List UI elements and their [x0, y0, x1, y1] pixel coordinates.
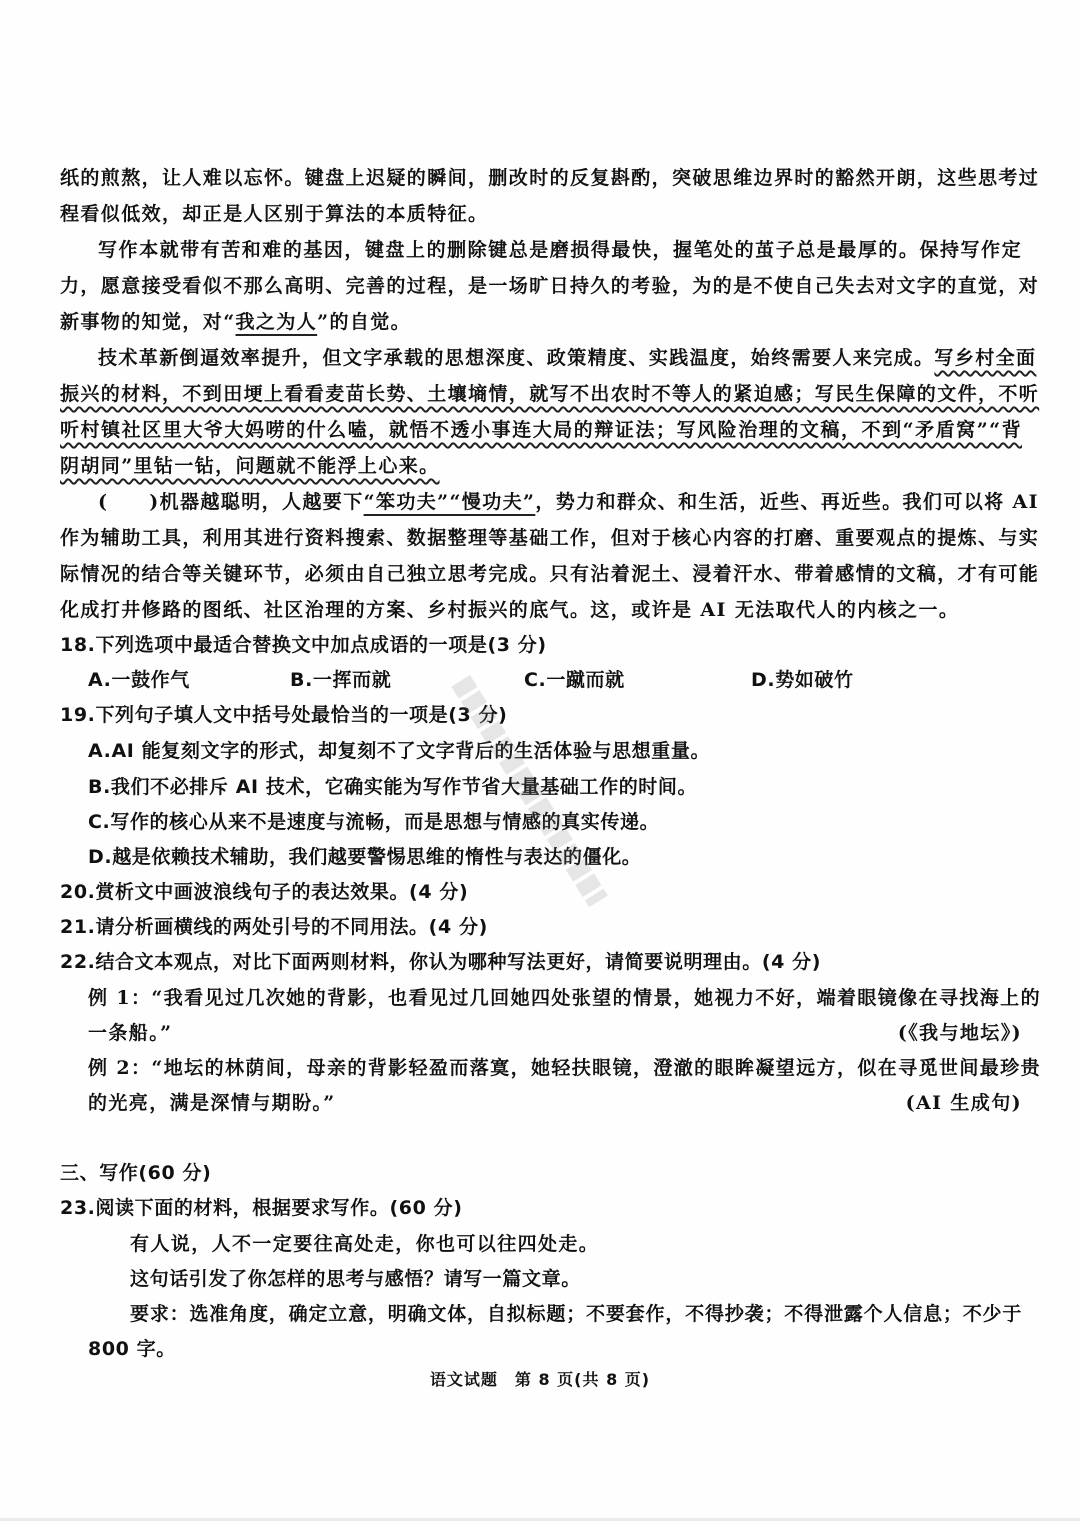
example-1-line1: 例 1：“我看见过几次她的背影，也看见过几回她四处张望的情景，她视力不好，端着眼…: [88, 980, 1022, 1016]
example-2-line1: 例 2：“地坛的林荫间，母亲的背影轻盈而落寞，她轻扶眼镜，澄澈的眼眸凝望远方，似…: [88, 1050, 1022, 1086]
wavy-underlined-sentence-start: 写乡村全面: [934, 347, 1036, 369]
wavy-underlined-sentence-end: 阴胡同”里钻一钻，问题就不能浮上心来。: [60, 455, 440, 477]
writing-requirement-line2: 800 字。: [88, 1331, 1022, 1367]
question-19-stem: 19.下列句子填人文中括号处最恰当的一项是(3 分): [60, 697, 1022, 733]
example-1-line2: 一条船。” (《我与地坛》): [88, 1015, 1022, 1051]
option-19-a: A.AI 能复刻文字的形式，却复刻不了文字背后的生活体验与思想重量。: [88, 733, 1022, 769]
fill-in-bracket: ( ): [98, 491, 160, 513]
example-1-text-end: 一条船。”: [88, 1022, 172, 1044]
wavy-underlined-sentence: 振兴的材料，不到田埂上看看麦苗长势、土壤墒情，就写不出农时不等人的紧迫感；写民生…: [60, 383, 1039, 405]
passage-para3-line3: 听村镇社区里大爷大妈唠的什么嗑，就悟不透小事连大局的辩证法；写风险治理的文稿，不…: [60, 412, 1022, 448]
example-2-source: (AI 生成句): [906, 1085, 1022, 1121]
passage-para3-line2: 振兴的材料，不到田埂上看看麦苗长势、土壤墒情，就写不出农时不等人的紧迫感；写民生…: [60, 376, 1022, 412]
passage-para2-line3: 新事物的知觉，对“我之为人”的自觉。: [60, 304, 1022, 340]
underlined-quotes-gongfu: “笨功夫”“慢功夫”: [364, 491, 536, 513]
example-2-line2: 的光亮，满是深情与期盼。” (AI 生成句): [88, 1085, 1022, 1121]
writing-material-line1: 有人说，人不一定要往高处走，你也可以往四处走。: [130, 1226, 1022, 1262]
passage-para3-line1: 技术革新倒逼效率提升，但文字承载的思想深度、政策精度、实践温度，始终需要人来完成…: [98, 340, 1022, 376]
option-18-d: D.势如破竹: [751, 662, 854, 698]
example-2-text-end: 的光亮，满是深情与期盼。”: [88, 1092, 336, 1114]
text-segment: 机器越聪明，人越要下: [160, 491, 364, 513]
passage-para4-line2: 作为辅助工具，利用其进行资料搜索、数据整理等基础工作，但对于核心内容的打磨、重要…: [60, 520, 1022, 556]
passage-para2-line2: 力，愿意接受看似不那么高明、完善的过程，是一场旷日持久的考验，为的是不使自己失去…: [60, 268, 1022, 304]
passage-para3-line4: 阴胡同”里钻一钻，问题就不能浮上心来。: [60, 448, 1022, 484]
section-writing-title: 三、写作(60 分): [60, 1155, 1022, 1191]
passage-para1-line2: 程看似低效，却正是人区别于算法的本质特征。: [60, 196, 1022, 232]
option-18-a: A.一鼓作气: [88, 662, 190, 698]
writing-requirement-line1: 要求：选准角度，确定立意，明确文体，自拟标题；不要套作，不得抄袭；不得泄露个人信…: [130, 1296, 1022, 1332]
writing-material-line2: 这句话引发了你怎样的思考与感悟？请写一篇文章。: [130, 1261, 1022, 1297]
question-20-stem: 20.赏析文中画波浪线句子的表达效果。(4 分): [60, 874, 1022, 910]
question-18-stem: 18.下列选项中最适合替换文中加点成语的一项是(3 分): [60, 627, 1022, 663]
passage-para4-line1: ( )机器越聪明，人越要下“笨功夫”“慢功夫”，势力和群众、和生活，近些、再近些…: [98, 484, 1022, 520]
underlined-quote-wozhiweiren: 我之为人: [236, 311, 318, 333]
bottom-divider: [0, 1518, 1080, 1521]
passage-para2-line1: 写作本就带有苦和难的基因，键盘上的删除键总是磨损得最快，握笔处的茧子总是最厚的。…: [98, 232, 1022, 268]
page-footer: 语文试题 第 8 页(共 8 页): [0, 1367, 1080, 1390]
example-1-source: (《我与地坛》): [898, 1015, 1022, 1051]
text-segment: 新事物的知觉，对“: [60, 311, 236, 333]
wavy-underlined-sentence: 听村镇社区里大爷大妈唠的什么嗑，就悟不透小事连大局的辩证法；写风险治理的文稿，不…: [60, 419, 1022, 441]
text-segment: ”的自觉。: [317, 311, 411, 333]
passage-para1-line1: 纸的煎熬，让人难以忘怀。键盘上迟疑的瞬间，删改时的反复斟酌，突破思维边界时的豁然…: [60, 160, 1022, 196]
option-18-c: C.一蹴而就: [524, 662, 625, 698]
passage-para4-line3: 际情况的结合等关键环节，必须由自己独立思考完成。只有沾着泥土、浸着汗水、带着感情…: [60, 556, 1022, 592]
question-23-stem: 23.阅读下面的材料，根据要求写作。(60 分): [60, 1190, 1022, 1226]
text-segment: ，势力和群众、和生活，近些、再近些。我们可以将 AI: [535, 491, 1039, 513]
text-segment: 技术革新倒逼效率提升，但文字承载的思想深度、政策精度、实践温度，始终需要人来完成…: [98, 347, 934, 369]
option-18-b: B.一挥而就: [290, 662, 391, 698]
question-21-stem: 21.请分析画横线的两处引号的不同用法。(4 分): [60, 909, 1022, 945]
exam-page: 纸的煎熬，让人难以忘怀。键盘上迟疑的瞬间，删改时的反复斟酌，突破思维边界时的豁然…: [0, 0, 1080, 1527]
question-22-stem: 22.结合文本观点，对比下面两则材料，你认为哪种写法更好，请简要说明理由。(4 …: [60, 944, 1022, 980]
question-18-options: A.一鼓作气 B.一挥而就 C.一蹴而就 D.势如破竹: [88, 662, 1022, 698]
passage-para4-line4: 化成打井修路的图纸、社区治理的方案、乡村振兴的底气。这，或许是 AI 无法取代人…: [60, 592, 1022, 628]
option-19-b: B.我们不必排斥 AI 技术，它确实能为写作节省大量基础工作的时间。: [88, 769, 1022, 805]
